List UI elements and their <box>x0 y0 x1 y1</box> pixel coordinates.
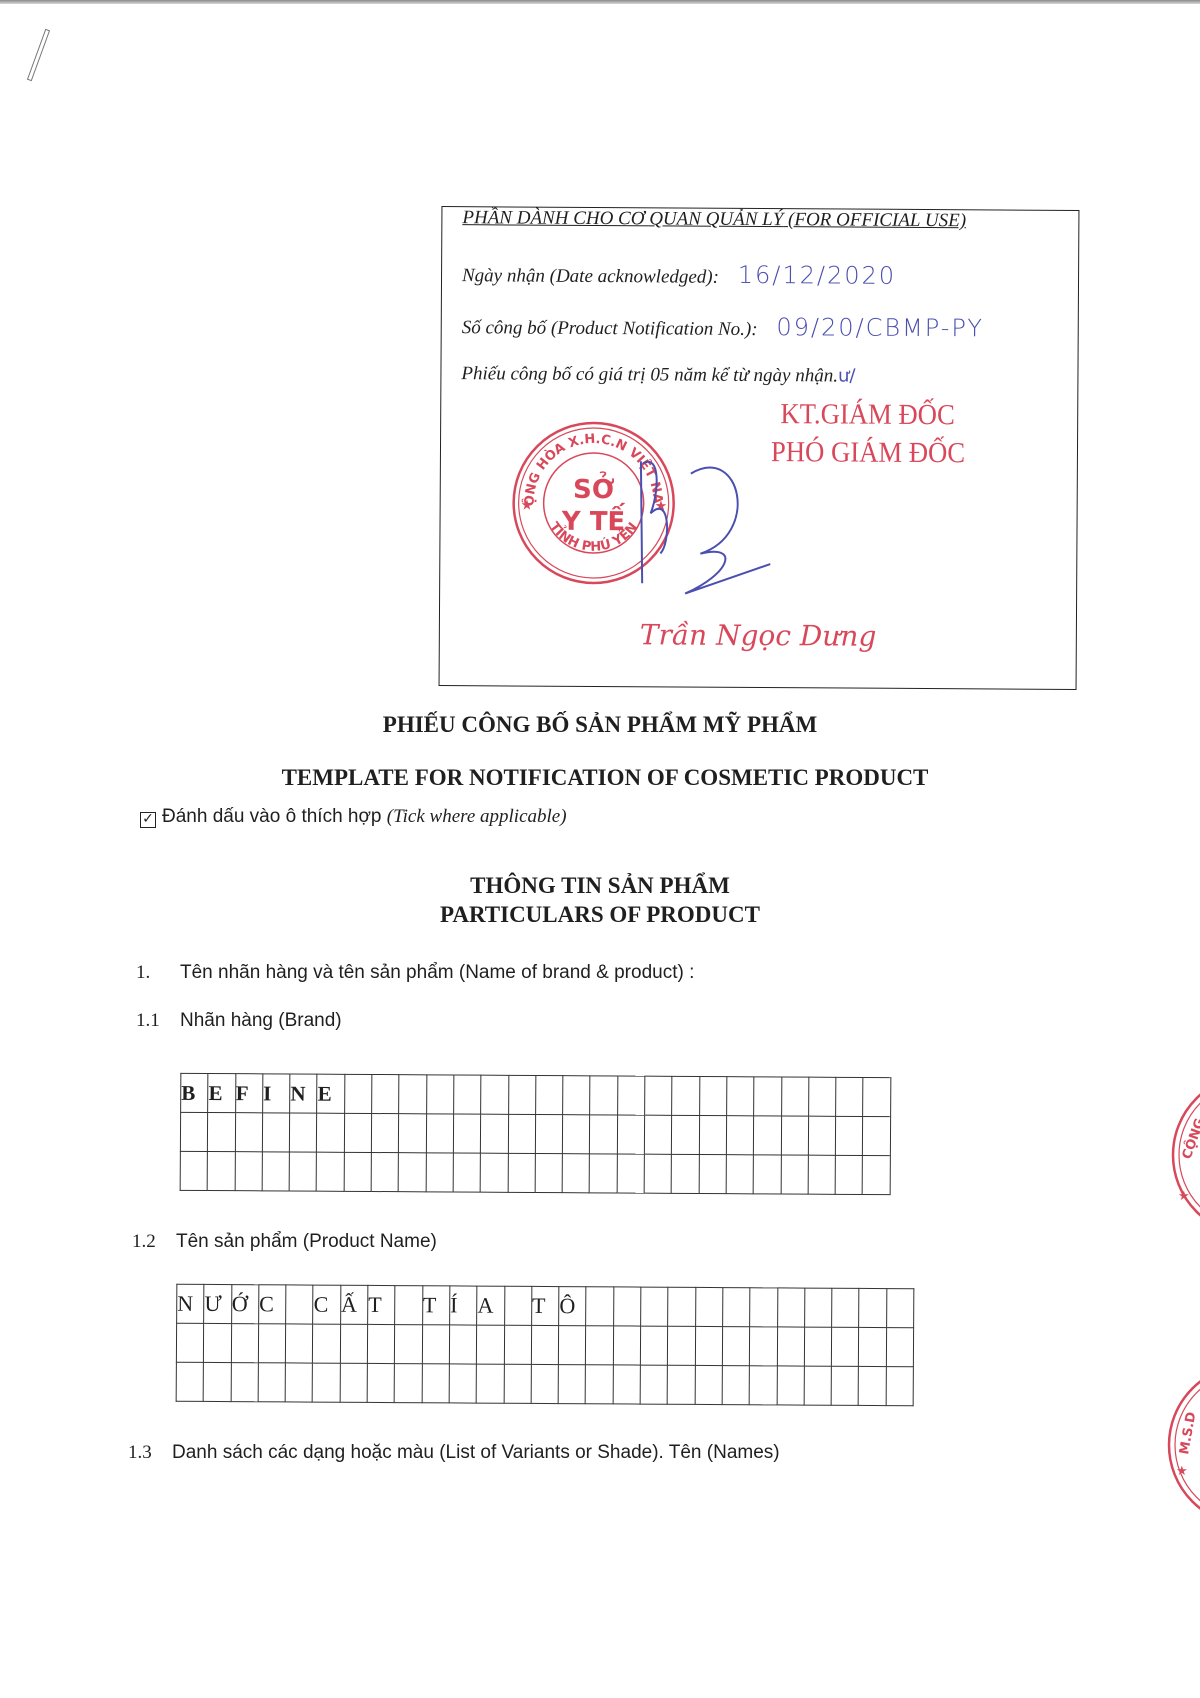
product-grid-cell <box>722 1366 750 1405</box>
product-grid-cell <box>695 1365 723 1404</box>
brand-grid-cell <box>644 1115 672 1154</box>
brand-grid-cell <box>426 1114 454 1153</box>
brand-grid-cell <box>480 1153 508 1192</box>
svg-text:★: ★ <box>521 499 534 514</box>
signer-name: Trần Ngọc Dưng <box>640 618 877 652</box>
brand-grid-cell <box>180 1151 208 1190</box>
product-grid-cell <box>804 1288 832 1327</box>
svg-text:CỘNG: CỘNG <box>1179 1116 1200 1161</box>
product-grid-cell: C <box>259 1285 287 1324</box>
brand-grid-cell <box>207 1151 235 1190</box>
product-grid-row <box>176 1362 913 1406</box>
svg-text:Y TẾ: Y TẾ <box>561 502 626 537</box>
brand-grid-cell <box>262 1113 290 1152</box>
notification-label: Số công bố (Product Notification No.): <box>462 317 758 340</box>
brand-grid-cell <box>317 1113 345 1152</box>
brand-grid-cell <box>453 1114 481 1153</box>
brand-grid-cell <box>727 1077 755 1116</box>
product-grid-cell <box>531 1325 559 1364</box>
brand-grid-cell <box>808 1155 836 1194</box>
product-grid-cell: A <box>477 1286 505 1325</box>
brand-grid-cell <box>535 1153 563 1192</box>
brand-grid-cell <box>808 1077 836 1116</box>
brand-grid-cell <box>180 1112 208 1151</box>
brand-grid-cell <box>426 1153 454 1192</box>
product-grid-cell <box>558 1365 586 1404</box>
field-product-name-label: 1.2Tên sản phẩm (Product Name) <box>132 1231 437 1253</box>
product-grid-cell <box>176 1323 204 1362</box>
brand-grid-cell: N <box>290 1074 318 1113</box>
brand-grid-cell <box>835 1155 863 1194</box>
product-grid-cell <box>640 1365 668 1404</box>
product-grid-cell <box>504 1364 532 1403</box>
brand-grid-cell <box>836 1077 864 1116</box>
product-grid-cell <box>559 1326 587 1365</box>
date-label: Ngày nhận (Date acknowledged): <box>462 265 719 288</box>
brand-grid-cell <box>590 1076 618 1115</box>
brand-grid-cell <box>644 1154 672 1193</box>
brand-grid-cell <box>289 1152 317 1191</box>
brand-grid-cell <box>863 1117 891 1156</box>
brand-grid-cell <box>781 1116 809 1155</box>
product-grid-cell: C <box>313 1285 341 1324</box>
product-grid-cell <box>641 1287 669 1326</box>
product-grid-cell <box>422 1325 450 1364</box>
brand-grid-cell <box>699 1116 727 1155</box>
brand-grid-cell <box>562 1154 590 1193</box>
product-grid-cell <box>668 1326 696 1365</box>
product-grid-cell <box>231 1363 259 1402</box>
notification-value: 09/20/CBMP-PY <box>776 313 984 342</box>
product-grid-cell <box>722 1327 750 1366</box>
brand-grid-cell <box>808 1116 836 1155</box>
brand-grid-cell <box>317 1152 345 1191</box>
brand-grid-cell <box>617 1115 645 1154</box>
product-grid-cell <box>476 1364 504 1403</box>
product-grid-cell: T <box>422 1286 450 1325</box>
brand-grid-cell <box>672 1115 700 1154</box>
brand-grid-cell <box>781 1155 809 1194</box>
brand-grid-cell <box>645 1076 673 1115</box>
validity-note: Phiếu công bố có giá trị 05 năm kể từ ng… <box>461 363 855 387</box>
product-grid-cell <box>258 1363 286 1402</box>
official-use-box: PHẦN DÀNH CHO CƠ QUAN QUẢN LÝ (FOR OFFIC… <box>439 206 1080 690</box>
product-grid-cell <box>204 1323 232 1362</box>
brand-grid-cell <box>590 1154 618 1193</box>
brand-grid-row <box>180 1151 890 1194</box>
product-grid-cell <box>777 1366 805 1405</box>
product-grid-cell <box>203 1362 231 1401</box>
product-grid-cell: T <box>368 1285 396 1324</box>
brand-grid-cell: E <box>317 1074 345 1113</box>
signer-title: KT.GIÁM ĐỐC PHÓ GIÁM ĐỐC <box>771 395 966 472</box>
product-grid-cell <box>176 1362 204 1401</box>
brand-grid-cell <box>371 1113 399 1152</box>
brand-grid-cell <box>235 1152 263 1191</box>
product-grid-cell <box>395 1364 423 1403</box>
brand-grid-cell <box>399 1114 427 1153</box>
brand-grid-cell <box>754 1077 782 1116</box>
product-grid-cell <box>258 1324 286 1363</box>
brand-grid-cell <box>671 1154 699 1193</box>
product-grid-cell <box>449 1325 477 1364</box>
product-grid-cell <box>777 1288 805 1327</box>
product-grid-cell <box>286 1324 314 1363</box>
tick-instruction: ✓Đánh dấu vào ô thích hợp (Tick where ap… <box>140 806 567 828</box>
brand-grid: BEFINE <box>180 1073 891 1195</box>
brand-grid-row: BEFINE <box>181 1073 891 1116</box>
product-grid-cell <box>695 1287 723 1326</box>
product-grid-cell: Ư <box>204 1284 232 1323</box>
initials: ư/ <box>838 365 856 386</box>
product-grid-cell <box>613 1287 641 1326</box>
brand-grid-cell <box>754 1116 782 1155</box>
brand-grid-cell <box>753 1155 781 1194</box>
brand-grid-cell <box>726 1116 754 1155</box>
brand-grid-cell <box>453 1153 481 1192</box>
svg-text:SỞ: SỞ <box>573 469 615 505</box>
product-grid-cell <box>449 1364 477 1403</box>
brand-grid-cell <box>535 1076 563 1115</box>
product-grid-cell <box>831 1366 859 1405</box>
brand-grid-cell <box>290 1113 318 1152</box>
brand-grid-cell <box>563 1115 591 1154</box>
brand-grid-cell <box>399 1075 427 1114</box>
product-grid-cell <box>750 1327 778 1366</box>
date-value: 16/12/2020 <box>738 261 896 290</box>
brand-grid-cell <box>454 1075 482 1114</box>
product-grid-cell: T <box>531 1286 559 1325</box>
brand-grid-cell <box>208 1112 236 1151</box>
product-grid-cell: N <box>177 1284 205 1323</box>
notification-number: Số công bố (Product Notification No.): 0… <box>462 311 984 342</box>
product-grid-cell <box>859 1366 887 1405</box>
brand-grid-cell <box>617 1154 645 1193</box>
brand-grid-cell <box>399 1153 427 1192</box>
product-grid-cell <box>777 1327 805 1366</box>
brand-grid-cell <box>781 1077 809 1116</box>
product-grid-cell <box>395 1325 423 1364</box>
brand-grid-cell <box>863 1156 891 1195</box>
field-1-label: 1.Tên nhãn hàng và tên sản phẩm (Name of… <box>136 962 694 984</box>
product-grid-cell <box>313 1324 341 1363</box>
product-grid-cell <box>832 1327 860 1366</box>
field-brand-label: 1.1Nhãn hàng (Brand) <box>136 1010 342 1032</box>
product-grid-cell <box>750 1288 778 1327</box>
product-grid-cell <box>285 1363 313 1402</box>
product-grid-cell <box>504 1325 532 1364</box>
product-grid-row <box>176 1323 913 1367</box>
date-acknowledged: Ngày nhận (Date acknowledged): 16/12/202… <box>462 259 896 290</box>
product-grid-cell <box>422 1364 450 1403</box>
product-grid-cell <box>832 1288 860 1327</box>
product-grid-row: NƯỚCCẤTTÍATÔ <box>177 1284 914 1328</box>
field-variants-label: 1.3Danh sách các dạng hoặc màu (List of … <box>128 1442 780 1464</box>
brand-grid-cell <box>344 1113 372 1152</box>
brand-grid-cell: E <box>208 1074 236 1113</box>
official-use-title: PHẦN DÀNH CHO CƠ QUAN QUẢN LÝ (FOR OFFIC… <box>462 207 966 232</box>
section-title-en: PARTICULARS OF PRODUCT <box>0 902 1200 928</box>
brand-grid-cell <box>836 1116 864 1155</box>
product-grid-cell <box>859 1288 887 1327</box>
product-grid-cell <box>640 1326 668 1365</box>
side-seal-2-icon: M.S.D ★ <box>1164 1360 1200 1530</box>
document-title-en: TEMPLATE FOR NOTIFICATION OF COSMETIC PR… <box>0 765 1200 791</box>
svg-text:★: ★ <box>1176 1463 1188 1478</box>
brand-grid-row <box>180 1112 890 1155</box>
brand-grid-cell <box>863 1078 891 1117</box>
brand-grid-cell <box>344 1074 372 1113</box>
product-grid-cell <box>749 1366 777 1405</box>
brand-grid-cell <box>699 1077 727 1116</box>
brand-grid-cell <box>699 1155 727 1194</box>
product-grid-cell <box>477 1325 505 1364</box>
pen-mark <box>27 29 50 81</box>
brand-grid-cell <box>672 1076 700 1115</box>
product-grid-cell <box>586 1365 614 1404</box>
brand-grid-cell <box>508 1075 536 1114</box>
product-grid-cell: Ô <box>559 1287 587 1326</box>
product-grid-cell <box>886 1367 914 1406</box>
brand-grid-cell <box>481 1075 509 1114</box>
product-grid-cell: Í <box>450 1286 478 1325</box>
product-grid-cell <box>668 1287 696 1326</box>
brand-grid-cell <box>726 1155 754 1194</box>
product-grid-cell <box>613 1326 641 1365</box>
brand-grid-cell <box>508 1153 536 1192</box>
document-title-vi: PHIẾU CÔNG BỐ SẢN PHẨM MỸ PHẨM <box>0 712 1200 738</box>
signer-line-2: PHÓ GIÁM ĐỐC <box>771 433 965 472</box>
svg-text:★: ★ <box>1178 1188 1190 1203</box>
brand-grid-cell: F <box>235 1074 263 1113</box>
product-grid-cell <box>504 1286 532 1325</box>
brand-grid-cell <box>617 1076 645 1115</box>
brand-grid-cell: B <box>181 1073 209 1112</box>
brand-grid-cell: I <box>263 1074 291 1113</box>
product-grid-cell <box>886 1289 914 1328</box>
section-title-vi: THÔNG TIN SẢN PHẨM <box>0 873 1200 899</box>
brand-grid-cell <box>262 1152 290 1191</box>
product-grid-cell <box>531 1364 559 1403</box>
brand-grid-cell <box>371 1152 399 1191</box>
brand-grid-cell <box>426 1075 454 1114</box>
product-grid-cell <box>395 1286 423 1325</box>
product-grid-cell <box>667 1365 695 1404</box>
product-name-grid: NƯỚCCẤTTÍATÔ <box>176 1284 915 1407</box>
product-grid-cell <box>313 1363 341 1402</box>
product-grid-cell <box>804 1327 832 1366</box>
product-grid-cell <box>586 1326 614 1365</box>
signer-line-1: KT.GIÁM ĐỐC <box>771 395 965 434</box>
product-grid-cell <box>613 1365 641 1404</box>
product-grid-cell: Ấ <box>340 1285 368 1324</box>
scan-edge <box>0 0 1200 4</box>
product-grid-cell <box>804 1366 832 1405</box>
brand-grid-cell <box>508 1114 536 1153</box>
product-grid-cell <box>367 1363 395 1402</box>
product-grid-cell <box>886 1328 914 1367</box>
signature-icon <box>630 453 781 604</box>
product-grid-cell <box>367 1324 395 1363</box>
product-grid-cell <box>286 1285 314 1324</box>
product-grid-cell: Ớ <box>231 1285 259 1324</box>
checkbox-checked-icon: ✓ <box>140 812 156 828</box>
product-grid-cell <box>723 1288 751 1327</box>
product-grid-cell <box>859 1327 887 1366</box>
product-grid-cell <box>340 1324 368 1363</box>
brand-grid-cell <box>535 1115 563 1154</box>
brand-grid-cell <box>372 1075 400 1114</box>
brand-grid-cell <box>344 1152 372 1191</box>
product-grid-cell <box>695 1326 723 1365</box>
brand-grid-cell <box>235 1113 263 1152</box>
brand-grid-cell <box>563 1076 591 1115</box>
brand-grid-cell <box>481 1114 509 1153</box>
side-seal-icon: CỘNG ★ <box>1168 1070 1200 1240</box>
product-grid-cell <box>231 1324 259 1363</box>
brand-grid-cell <box>590 1115 618 1154</box>
product-grid-cell <box>340 1363 368 1402</box>
product-grid-cell <box>586 1287 614 1326</box>
